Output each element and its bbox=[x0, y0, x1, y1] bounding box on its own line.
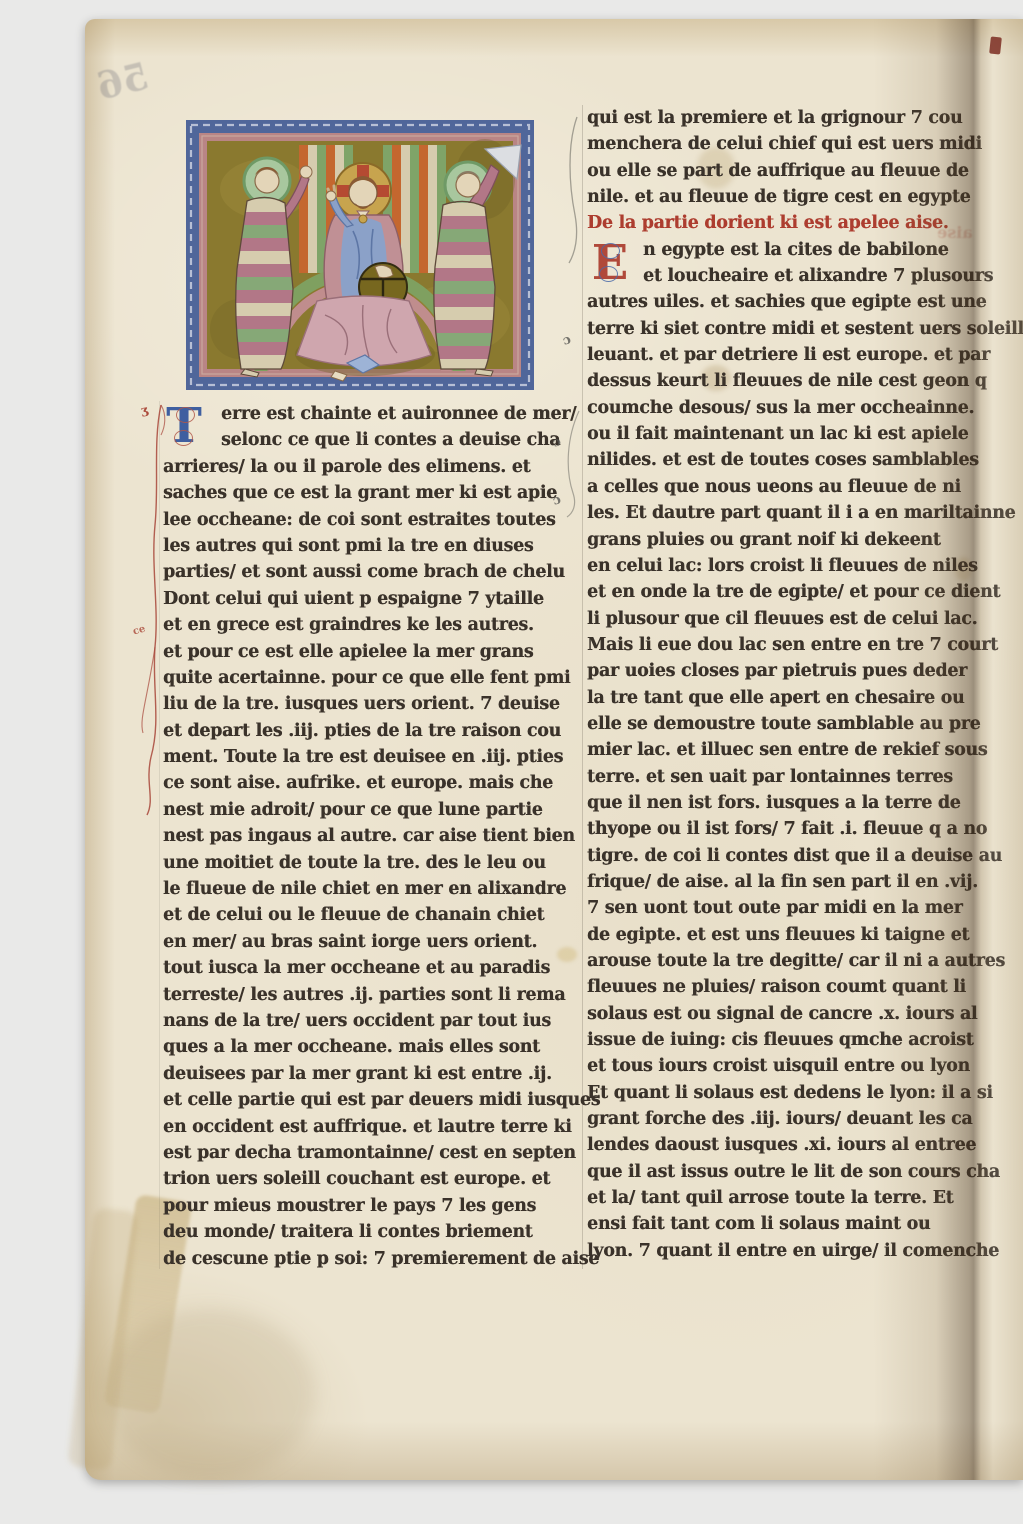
right-text-column: qui est la premiere et la grignour 7 cou… bbox=[587, 105, 979, 1264]
text-line: menchera de celui chief qui est uers mid… bbox=[587, 131, 979, 157]
text-line: lee occheane: de coi sont estraites tout… bbox=[163, 507, 551, 533]
text-line: autres uiles. et sachies que egipte est … bbox=[587, 289, 979, 315]
text-line: de cescune ptie p soi: 7 premierement de… bbox=[163, 1246, 551, 1272]
text-line: nans de la tre/ uers occident par tout i… bbox=[163, 1008, 551, 1034]
text-line: ou elle se part de auffrique au fleuue d… bbox=[587, 158, 979, 184]
text-line: en mer/ au bras saint iorge uers orient. bbox=[163, 929, 551, 955]
text-line: issue de iuing: cis fleuues qmche acrois… bbox=[587, 1027, 979, 1053]
text-line: et en onde la tre de egipte/ et pour ce … bbox=[587, 579, 979, 605]
text-line: tigre. de coi li contes dist que il a de… bbox=[587, 843, 979, 869]
text-line: deuisees par la mer grant ki est entre .… bbox=[163, 1061, 551, 1087]
text-line: que il nen ist fors. iusques a la terre … bbox=[587, 790, 979, 816]
text-line: frique/ de aise. al la fin sen part il e… bbox=[587, 869, 979, 895]
text-line: terre. et sen uait par lontainnes terres bbox=[587, 764, 979, 790]
right-column-top-lines: qui est la premiere et la grignour 7 cou… bbox=[587, 105, 979, 210]
text-line: qui est la premiere et la grignour 7 cou bbox=[587, 105, 979, 131]
illuminated-initial-right: E bbox=[583, 235, 637, 291]
folio-number-show-through: 56 bbox=[92, 53, 153, 108]
text-line: Dont celui qui uient p espaigne 7 ytaill… bbox=[163, 586, 551, 612]
text-line: nest pas ingaus al autre. car aise tient… bbox=[163, 823, 551, 849]
manuscript-scan: 56 bbox=[0, 0, 1023, 1524]
text-line: arrieres/ la ou il parole des elimens. e… bbox=[163, 454, 551, 480]
miniature-art bbox=[185, 119, 535, 391]
text-line: et tous iours croist uisquil entre ou ly… bbox=[587, 1053, 979, 1079]
text-line: le flueue de nile chiet en mer en alixan… bbox=[163, 876, 551, 902]
left-column-lines: erre est chainte et auironnee de mer/sel… bbox=[163, 401, 551, 1272]
text-line: selonc ce que li contes a deuise cha bbox=[163, 427, 551, 453]
binding-edge bbox=[989, 36, 1002, 54]
parchment-page: 56 bbox=[85, 19, 1023, 1480]
parchment-stain bbox=[557, 947, 577, 962]
text-line: une moitiet de toute la tre. des le leu … bbox=[163, 850, 551, 876]
initial-guide-mark: ʒ bbox=[140, 403, 149, 418]
text-line: elle se demoustre toute samblable au pre bbox=[587, 711, 979, 737]
text-line: a celles que nous ueons au fleuue de ni bbox=[587, 474, 979, 500]
text-line: les autres qui sont pmi la tre en diuses bbox=[163, 533, 551, 559]
text-line: solaus est ou signal de cancre .x. iours… bbox=[587, 1001, 979, 1027]
miniature-illustration bbox=[185, 119, 535, 391]
text-line: li plusour que cil fleuues est de celui … bbox=[587, 606, 979, 632]
text-line: arouse toute la tre degitte/ car il ni a… bbox=[587, 948, 979, 974]
text-line: dessus keurt li fleuues de nile cest geo… bbox=[587, 368, 979, 394]
text-line: deu monde/ traitera li contes briement bbox=[163, 1219, 551, 1245]
text-line: et celle partie qui est par deuers midi … bbox=[163, 1087, 551, 1113]
text-line: nile. et au fleuue de tigre cest en egyp… bbox=[587, 184, 979, 210]
text-line: nest mie adroit/ pour ce que lune partie bbox=[163, 797, 551, 823]
text-line: en occident est auffrique. et lautre ter… bbox=[163, 1114, 551, 1140]
text-line: les. Et dautre part quant il i a en mari… bbox=[587, 500, 979, 526]
text-line: nilides. et est de toutes coses samblabl… bbox=[587, 447, 979, 473]
text-line: ce sont aise. aufrike. et europe. mais c… bbox=[163, 770, 551, 796]
text-line: ment. Toute la tre est deuisee en .iij. … bbox=[163, 744, 551, 770]
text-line: grant forche des .iij. iours/ deuant les… bbox=[587, 1106, 979, 1132]
text-line: n egypte est la cites de babilone bbox=[587, 237, 979, 263]
text-line: trion uers soleill couchant est europe. … bbox=[163, 1166, 551, 1192]
text-line: et de celui ou le fleuue de chanain chie… bbox=[163, 902, 551, 928]
text-line: la tre tant que elle apert en chesaire o… bbox=[587, 685, 979, 711]
text-line: tout iusca la mer occheane et au paradis bbox=[163, 955, 551, 981]
text-line: ques a la mer occheane. mais elles sont bbox=[163, 1034, 551, 1060]
text-line: pour mieus moustrer le pays 7 les gens bbox=[163, 1193, 551, 1219]
text-line: liu de la tre. iusques uers orient. 7 de… bbox=[163, 691, 551, 717]
text-line: et loucheaire et alixandre 7 plusours bbox=[587, 263, 979, 289]
text-line: par uoies closes par pietruis pues deder bbox=[587, 658, 979, 684]
text-line: lendes daoust iusques .xi. iours al entr… bbox=[587, 1132, 979, 1158]
text-line: coumche desous/ sus la mer occheainne. bbox=[587, 395, 979, 421]
text-line: 7 sen uont tout oute par midi en la mer bbox=[587, 895, 979, 921]
text-line: parties/ et sont aussi come brach de che… bbox=[163, 559, 551, 585]
text-line: Et quant li solaus est dedens le lyon: i… bbox=[587, 1080, 979, 1106]
paraph-mark: ɔ bbox=[551, 492, 563, 509]
chapter-rubric: De la partie dorient ki est apelee aise. bbox=[587, 210, 979, 236]
text-line: et la/ tant quil arrose toute la terre. … bbox=[587, 1185, 979, 1211]
text-line: de egipte. et est uns fleuues ki taigne … bbox=[587, 922, 979, 948]
text-line: ou il fait maintenant un lac ki est apie… bbox=[587, 421, 979, 447]
column-ruling-line bbox=[159, 401, 160, 1269]
right-column-body-lines: n egypte est la cites de babiloneet louc… bbox=[587, 237, 979, 1264]
text-line: en celui lac: lors croist li fleuues de … bbox=[587, 553, 979, 579]
paraph-mark: ɔ bbox=[561, 332, 573, 349]
text-line: grans pluies ou grant noif ki dekeent bbox=[587, 527, 979, 553]
illuminated-initial-left: T bbox=[157, 398, 211, 454]
text-line: et depart les .iij. pties de la tre rais… bbox=[163, 718, 551, 744]
text-line: fleuues ne pluies/ raison coumt quant li bbox=[587, 974, 979, 1000]
text-line: ensi fait tant com li solaus maint ou bbox=[587, 1211, 979, 1237]
rubric-ink-offset: aise bbox=[937, 223, 973, 242]
text-line: et pour ce est elle apielee la mer grans bbox=[163, 639, 551, 665]
text-line: erre est chainte et auironnee de mer/ bbox=[163, 401, 551, 427]
text-line: lyon. 7 quant il entre en uirge/ il come… bbox=[587, 1238, 979, 1264]
left-text-column: T erre est chainte et auironnee de mer/s… bbox=[163, 401, 551, 1272]
text-line: Mais li eue dou lac sen entre en tre 7 c… bbox=[587, 632, 979, 658]
text-line: mier lac. et illuec sen entre de rekief … bbox=[587, 737, 979, 763]
text-line: saches que ce est la grant mer ki est ap… bbox=[163, 480, 551, 506]
text-line: et en grece est graindres ke les autres. bbox=[163, 612, 551, 638]
text-line: quite acertainne. pour ce que elle fent … bbox=[163, 665, 551, 691]
marginal-red-note: ce bbox=[132, 623, 147, 637]
text-line: terre ki siet contre midi et sestent uer… bbox=[587, 316, 979, 342]
text-line: est par decha tramontainne/ cest en sept… bbox=[163, 1140, 551, 1166]
text-line: thyope ou il ist fors/ 7 fait .i. fleuue… bbox=[587, 816, 979, 842]
text-line: leuant. et par detriere li est europe. e… bbox=[587, 342, 979, 368]
text-line: que il ast issus outre le lit de son cou… bbox=[587, 1159, 979, 1185]
text-line: terreste/ les autres .ij. parties sont l… bbox=[163, 982, 551, 1008]
